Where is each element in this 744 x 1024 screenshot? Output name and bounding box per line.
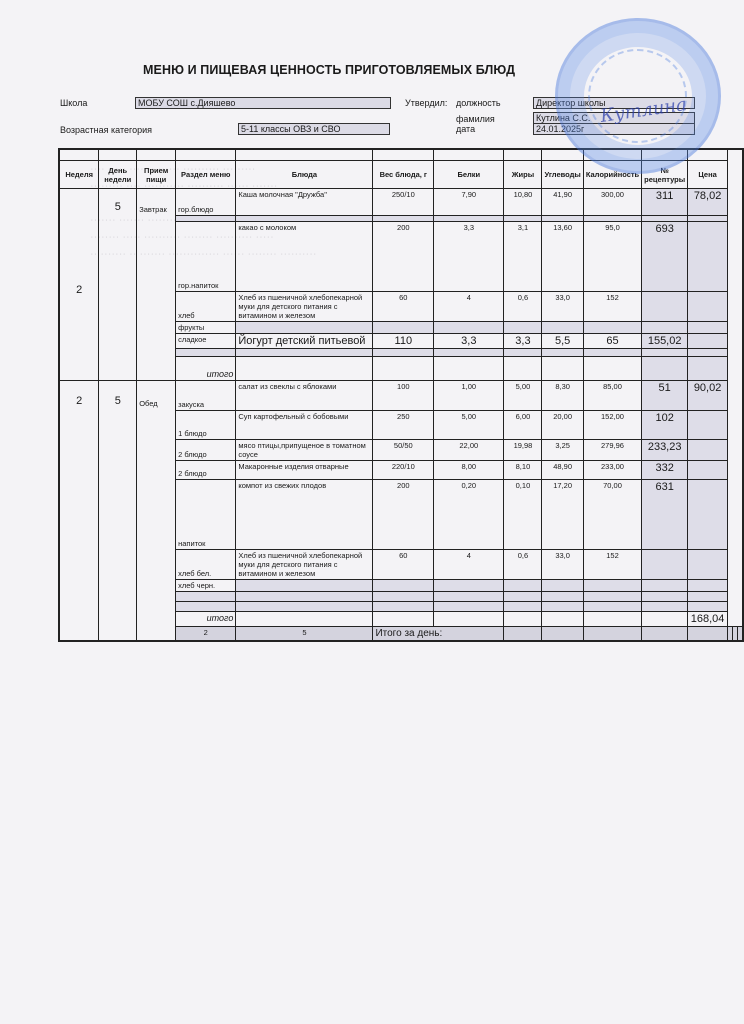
weight-cell: 50/50 — [373, 440, 434, 461]
col-weight: Вес блюда, г — [373, 161, 434, 189]
price-cell — [688, 292, 728, 322]
table-row: 2 5 Завтрак гор.блюдо Каша молочная "Дру… — [59, 189, 743, 216]
col-meal: Прием пищи — [137, 161, 176, 189]
protein-cell: 3,3 — [434, 334, 504, 349]
lunch-total-price: 168,04 — [688, 612, 728, 627]
dish-cell: компот из свежих плодов — [236, 480, 373, 550]
weight-cell: 200 — [373, 480, 434, 550]
recipe-cell — [642, 550, 688, 580]
meal-cell: Обед — [137, 381, 176, 642]
school-label: Школа — [60, 98, 87, 108]
week-cell: 2 — [59, 381, 99, 642]
section-cell: напиток — [176, 480, 236, 550]
kcal-cell: 95,0 — [583, 222, 641, 292]
recipe-cell: 233,23 — [642, 440, 688, 461]
section-cell: закуска — [176, 381, 236, 411]
date-field: 24.01.2025г — [533, 123, 695, 135]
carbs-cell: 48,90 — [542, 461, 583, 480]
carbs-cell: 41,90 — [542, 189, 583, 216]
kcal-cell: 152,00 — [583, 411, 641, 440]
age-category-field: 5-11 классы ОВЗ и СВО — [238, 123, 390, 135]
price-cell — [688, 440, 728, 461]
kcal-cell: 152 — [583, 550, 641, 580]
recipe-cell: 102 — [642, 411, 688, 440]
fat-cell: 0,6 — [504, 292, 542, 322]
col-price: Цена — [688, 161, 728, 189]
school-field: МОБУ СОШ с.Дияшево — [135, 97, 391, 109]
recipe-cell: 51 — [642, 381, 688, 411]
day-cell: 5 — [99, 189, 137, 381]
weight-cell: 60 — [373, 292, 434, 322]
price-cell — [688, 550, 728, 580]
dish-cell: Суп картофельный с бобовыми — [236, 411, 373, 440]
protein-cell: 0,20 — [434, 480, 504, 550]
col-dish: Блюда — [236, 161, 373, 189]
carbs-cell: 33,0 — [542, 292, 583, 322]
table-row: 2 5 Обед закуска салат из свеклы с яблок… — [59, 381, 743, 411]
fat-cell: 5,00 — [504, 381, 542, 411]
date-label: дата — [456, 124, 475, 134]
protein-cell: 1,00 — [434, 381, 504, 411]
recipe-cell: 311 — [642, 189, 688, 216]
section-cell: 1 блюдо — [176, 411, 236, 440]
day-total-day: 5 — [236, 627, 373, 642]
price-cell — [688, 411, 728, 440]
kcal-cell: 152 — [583, 292, 641, 322]
protein-cell: 3,3 — [434, 222, 504, 292]
protein-cell: 8,00 — [434, 461, 504, 480]
kcal-cell: 70,00 — [583, 480, 641, 550]
kcal-cell: 85,00 — [583, 381, 641, 411]
fat-cell: 19,98 — [504, 440, 542, 461]
weight-cell: 200 — [373, 222, 434, 292]
fat-cell: 3,1 — [504, 222, 542, 292]
age-category-label: Возрастная категория — [60, 125, 152, 135]
price-cell: 90,02 — [688, 381, 728, 411]
section-cell: гор.блюдо — [176, 189, 236, 216]
fat-cell: 3,3 — [504, 334, 542, 349]
kcal-cell: 279,96 — [583, 440, 641, 461]
column-header-row: Неделя День недели Прием пищи Раздел мен… — [59, 161, 743, 189]
dish-cell: Каша молочная "Дружба" — [236, 189, 373, 216]
day-total-label: Итого за день: — [373, 627, 504, 642]
fat-cell: 10,80 — [504, 189, 542, 216]
total-label: итого — [176, 612, 236, 627]
meal-cell: Завтрак — [137, 189, 176, 381]
col-protein: Белки — [434, 161, 504, 189]
kcal-cell: 65 — [583, 334, 641, 349]
kcal-cell: 300,00 — [583, 189, 641, 216]
dish-cell: Йогурт детский питьевой — [236, 334, 373, 349]
dish-cell: Хлеб из пшеничной хлебопекарной муки для… — [236, 292, 373, 322]
price-cell — [688, 461, 728, 480]
carbs-cell: 33,0 — [542, 550, 583, 580]
price-cell — [688, 222, 728, 292]
section-cell: хлеб бел. — [176, 550, 236, 580]
carbs-cell: 13,60 — [542, 222, 583, 292]
col-carbs: Углеводы — [542, 161, 583, 189]
price-cell — [688, 334, 728, 349]
recipe-cell — [642, 292, 688, 322]
weight-cell: 60 — [373, 550, 434, 580]
weight-cell: 220/10 — [373, 461, 434, 480]
weight-cell: 250 — [373, 411, 434, 440]
recipe-cell: 332 — [642, 461, 688, 480]
day-total-week: 2 — [176, 627, 236, 642]
protein-cell: 4 — [434, 550, 504, 580]
carbs-cell: 3,25 — [542, 440, 583, 461]
section-cell: сладкое — [176, 334, 236, 349]
protein-cell: 5,00 — [434, 411, 504, 440]
day-cell: 5 — [99, 381, 137, 642]
kcal-cell: 233,00 — [583, 461, 641, 480]
carbs-cell: 8,30 — [542, 381, 583, 411]
week-cell: 2 — [59, 189, 99, 381]
col-recipe: № рецептуры — [642, 161, 688, 189]
section-cell: гор.напиток — [176, 222, 236, 292]
section-cell: фрукты — [176, 322, 236, 334]
section-cell: 2 блюдо — [176, 461, 236, 480]
total-label: итого — [176, 357, 236, 381]
dish-cell — [236, 322, 373, 334]
col-fat: Жиры — [504, 161, 542, 189]
dish-cell: Макаронные изделия отварные — [236, 461, 373, 480]
position-field: Директор школы — [533, 97, 695, 109]
col-week: Неделя — [59, 161, 99, 189]
carbs-cell: 17,20 — [542, 480, 583, 550]
fat-cell: 0,6 — [504, 550, 542, 580]
price-cell: 78,02 — [688, 189, 728, 216]
col-section: Раздел меню — [176, 161, 236, 189]
menu-table: Неделя День недели Прием пищи Раздел мен… — [58, 148, 744, 642]
page-title: МЕНЮ И ПИЩЕВАЯ ЦЕННОСТЬ ПРИГОТОВЛЯЕМЫХ Б… — [143, 63, 515, 77]
recipe-cell: 631 — [642, 480, 688, 550]
fat-cell: 6,00 — [504, 411, 542, 440]
protein-cell: 4 — [434, 292, 504, 322]
col-day: День недели — [99, 161, 137, 189]
carbs-cell: 20,00 — [542, 411, 583, 440]
weight-cell: 250/10 — [373, 189, 434, 216]
carbs-cell: 5,5 — [542, 334, 583, 349]
protein-cell: 7,90 — [434, 189, 504, 216]
col-kcal: Калорийность — [583, 161, 641, 189]
dish-cell: мясо птицы,припущеное в томатном соусе — [236, 440, 373, 461]
fat-cell: 8,10 — [504, 461, 542, 480]
weight-cell: 110 — [373, 334, 434, 349]
recipe-cell: 693 — [642, 222, 688, 292]
fat-cell: 0,10 — [504, 480, 542, 550]
protein-cell: 22,00 — [434, 440, 504, 461]
recipe-cell: 155,02 — [642, 334, 688, 349]
weight-cell: 100 — [373, 381, 434, 411]
section-cell: хлеб — [176, 292, 236, 322]
dish-cell: какао с молоком — [236, 222, 373, 292]
dish-cell — [236, 580, 373, 592]
position-label: должность — [456, 98, 501, 108]
section-cell: хлеб черн. — [176, 580, 236, 592]
approved-label: Утвердил: — [405, 98, 447, 108]
price-cell — [688, 480, 728, 550]
header-spacer-row — [59, 149, 743, 161]
surname-label: фамилия — [456, 114, 495, 124]
dish-cell: салат из свеклы с яблоками — [236, 381, 373, 411]
dish-cell: Хлеб из пшеничной хлебопекарной муки для… — [236, 550, 373, 580]
section-cell: 2 блюдо — [176, 440, 236, 461]
